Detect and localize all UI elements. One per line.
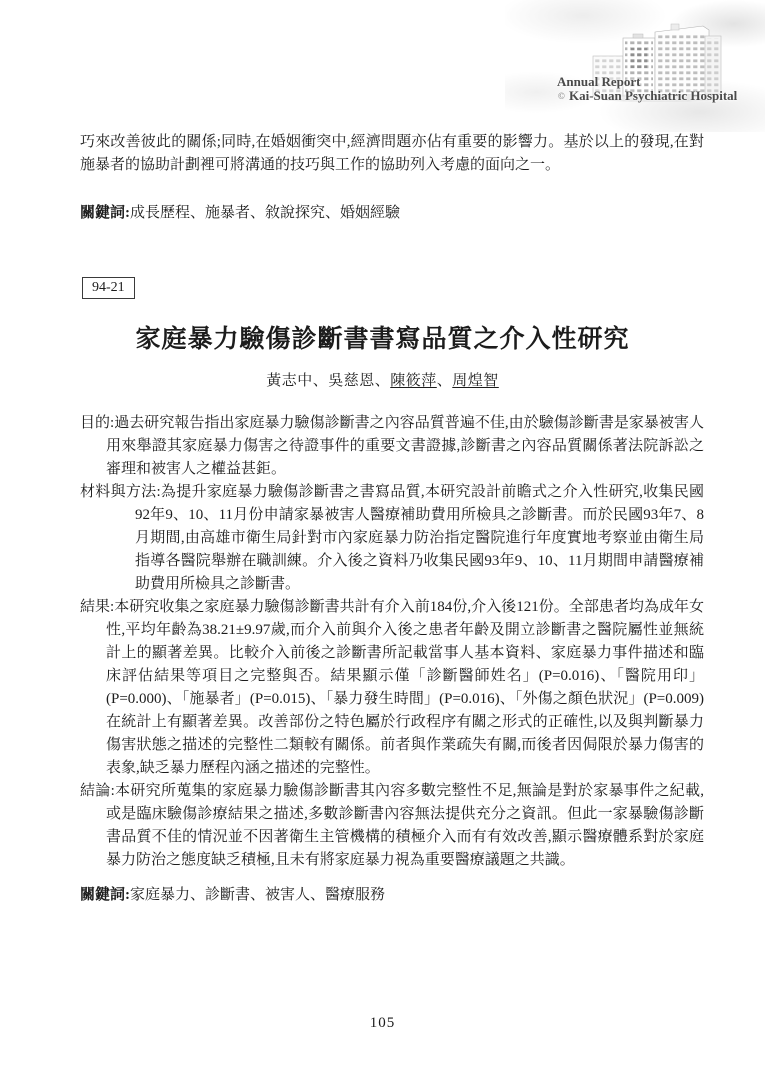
hospital-emblem-icon: © [558,91,568,101]
author-name-underlined: 陳筱萍 [390,373,437,389]
header-caption-line2: Kai-Suan Psychiatric Hospital [569,88,737,104]
author-name: 黃志中 [266,373,313,389]
abstract-body: 目的:過去研究報告指出家庭暴力驗傷診斷書之內容品質普遍不佳,由於驗傷診斷書是家暴… [80,412,704,872]
author-list: 黃志中、吳慈恩、陳筱萍、周煌智 [0,369,765,390]
previous-abstract-paragraph: 巧來改善彼此的關係;同時,在婚姻衝突中,經濟問題亦佔有重要的影響力。基於以上的發… [80,131,704,177]
paper-title: 家庭暴力驗傷診斷書書寫品質之介入性研究 [0,319,765,355]
section-conclusion: 結論:本研究所蒐集的家庭暴力驗傷診斷書其內容多數完整性不足,無論是對於家暴事件之… [80,780,704,872]
author-name-underlined: 周煌智 [452,373,499,389]
author-separator: 、 [375,373,391,389]
section-results-label: 結果: [80,599,114,615]
keywords-bottom-label: 關鍵詞: [80,887,130,903]
keywords-top-label: 關鍵詞: [80,205,130,221]
author-name: 吳慈恩 [328,373,375,389]
section-purpose-label: 目的: [80,415,114,431]
report-id-box: 94-21 [82,277,135,299]
section-conclusion-text: 本研究所蒐集的家庭暴力驗傷診斷書其內容多數完整性不足,無論是對於家暴事件之紀載,… [106,783,704,868]
header-graphic: Annual Report © Kai-Suan Psychiatric Hos… [505,0,765,132]
section-purpose: 目的:過去研究報告指出家庭暴力驗傷診斷書之內容品質普遍不佳,由於驗傷診斷書是家暴… [80,412,704,481]
section-conclusion-label: 結論: [80,783,115,799]
keywords-top: 關鍵詞:成長歷程、施暴者、敘說探究、婚姻經驗 [80,202,704,225]
annual-report-page: Annual Report © Kai-Suan Psychiatric Hos… [0,0,765,1084]
keywords-bottom: 關鍵詞:家庭暴力、診斷書、被害人、醫療服務 [80,884,704,907]
section-purpose-text: 過去研究報告指出家庭暴力驗傷診斷書之內容品質普遍不佳,由於驗傷診斷書是家暴被害人… [106,415,704,477]
section-results: 結果:本研究收集之家庭暴力驗傷診斷書共計有介入前184份,介入後121份。全部患… [80,596,704,780]
section-materials-methods-label: 材料與方法: [80,484,161,500]
author-separator: 、 [313,373,329,389]
page-number: 105 [0,1015,765,1032]
section-materials-methods: 材料與方法:為提升家庭暴力驗傷診斷書之書寫品質,本研究設計前瞻式之介入性研究,收… [80,481,704,596]
keywords-bottom-text: 家庭暴力、診斷書、被害人、醫療服務 [130,887,385,903]
author-separator: 、 [437,373,453,389]
keywords-top-text: 成長歷程、施暴者、敘說探究、婚姻經驗 [130,205,400,221]
section-results-text: 本研究收集之家庭暴力驗傷診斷書共計有介入前184份,介入後121份。全部患者均為… [106,599,704,776]
section-materials-methods-text: 為提升家庭暴力驗傷診斷書之書寫品質,本研究設計前瞻式之介入性研究,收集民國92年… [135,484,704,592]
